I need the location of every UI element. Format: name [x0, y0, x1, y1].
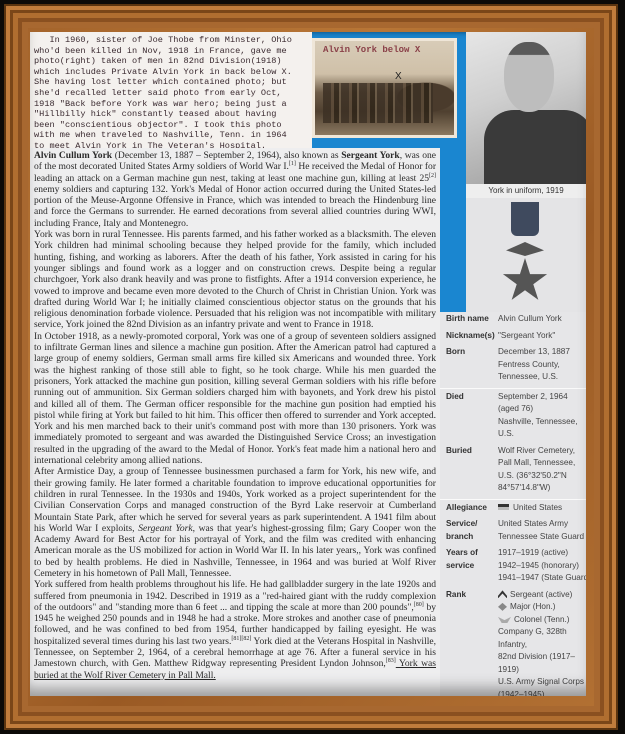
note-line: She having lost letter which contained p… [34, 77, 310, 88]
value-text: Major (Hon.) [510, 602, 556, 611]
infobox-values: December 13, 1887Fentress County,Tenness… [494, 346, 586, 384]
blue-mat: In 1960, sister of Joe Thobe from Minste… [30, 32, 586, 696]
sergeant-insignia-icon [498, 590, 507, 598]
note-line: she'd recalled letter said photo from ea… [34, 88, 310, 99]
infobox-label: Buried [446, 445, 494, 495]
infobox-label: Rank [446, 589, 494, 697]
portrait-caption: York in uniform, 1919 [466, 184, 586, 198]
value-text: "Sergeant York" [498, 331, 555, 340]
note-line: to meet Alvin York in The Veteran's Hosp… [34, 141, 310, 148]
infobox-row: DiedSeptember 2, 1964(aged 76)Nashville,… [440, 390, 586, 444]
note-line: who'd been killed in Nov, 1918 in France… [34, 46, 310, 57]
infobox-row: AllegianceUnited States [440, 501, 586, 518]
infobox-value: Colonel (Tenn.) [498, 614, 586, 627]
value-text: 1942–1945 (honorary) [498, 561, 579, 570]
article-text: Alvin Cullum York (December 13, 1887 – S… [30, 148, 440, 696]
x-mark-icon: X [395, 71, 402, 82]
portrait-photo [466, 32, 586, 184]
subject-name: Alvin Cullum York [34, 150, 112, 161]
infobox-value: September 2, 1964 [498, 391, 586, 404]
infobox-values: "Sergeant York" [494, 330, 586, 343]
infobox-value: United States Army [498, 518, 586, 531]
value-text: Fentress County, [498, 360, 560, 369]
infobox-label: Died [446, 391, 494, 441]
infobox-value: 1941–1947 (State Guard) [498, 572, 586, 585]
infobox-divider [440, 499, 586, 500]
value-text: Colonel (Tenn.) [514, 615, 570, 624]
infobox-value: Tennessee, U.S. [498, 371, 586, 384]
infobox-divider [440, 388, 586, 389]
major-insignia-icon [498, 603, 507, 611]
infobox-value: United States [498, 502, 586, 515]
typed-note: In 1960, sister of Joe Thobe from Minste… [30, 32, 312, 148]
infobox-value: 82nd Division (1917– [498, 651, 586, 664]
infobox-value: U.S. Army Signal Corps [498, 676, 586, 689]
portrait-uniform [484, 110, 586, 184]
infobox-value: December 13, 1887 [498, 346, 586, 359]
value-text: Tennessee State Guard [498, 532, 584, 541]
infobox-value: U.S. (36°32'50.2"N [498, 470, 586, 483]
citation-1[interactable]: [1] [289, 161, 296, 167]
infobox-row: Years of service1917–1919 (active)1942–1… [440, 546, 586, 588]
infobox-value: 1942–1945 (honorary) [498, 560, 586, 573]
value-text: (aged 76) [498, 404, 533, 413]
infobox-value: 1919) [498, 664, 586, 677]
text-run: (December 13, 1887 – September 2, 1964),… [112, 150, 341, 161]
medal-eagle-icon [506, 242, 544, 256]
infobox-value: "Sergeant York" [498, 330, 586, 343]
infobox-value: Alvin Cullum York [498, 313, 586, 326]
value-text: Wolf River Cemetery, [498, 446, 575, 455]
value-text: United States Army [498, 519, 568, 528]
value-text: United States [513, 503, 562, 512]
citation-80[interactable]: [80] [414, 602, 424, 608]
infobox-row: Service/ branchUnited States ArmyTenness… [440, 517, 586, 546]
note-line: photo(right) taken of men in 82nd Divisi… [34, 56, 310, 67]
value-text: Tennessee, U.S. [498, 372, 558, 381]
value-text: 82nd Division (1917– [498, 652, 575, 661]
infobox-value: Nashville, Tennessee, [498, 416, 586, 429]
medal-of-honor-image [466, 198, 586, 314]
infobox-value: Sergeant (active) [498, 589, 586, 602]
infobox-values: Wolf River Cemetery,Pall Mall, Tennessee… [494, 445, 586, 495]
infobox-value: Pall Mall, Tennessee, [498, 457, 586, 470]
medal-ribbon-icon [511, 202, 539, 236]
citation-83[interactable]: [83] [386, 658, 396, 664]
subject-alias: Sergeant York [341, 150, 400, 161]
infobox-label: Born [446, 346, 494, 384]
infobox-value: (aged 76) [498, 403, 586, 416]
infobox-label: Years of service [446, 547, 494, 585]
value-text: Alvin Cullum York [498, 314, 562, 323]
text-run: enemy soldiers and capturing 132. York's… [34, 184, 436, 229]
infobox-value: (1942–1945) [498, 689, 586, 697]
infobox-value: Tennessee State Guard [498, 531, 586, 544]
infobox-label: Nickname(s) [446, 330, 494, 343]
citation-81-82[interactable]: [81][82] [231, 636, 251, 642]
value-text: Pall Mall, Tennessee, [498, 458, 575, 467]
infobox-label: Service/ branch [446, 518, 494, 543]
group-photo-caption: Alvin York below X [323, 45, 420, 55]
value-text: December 13, 1887 [498, 347, 570, 356]
article-paragraph-3: In October 1918, as a newly-promoted cor… [34, 331, 436, 467]
infobox: Birth nameAlvin Cullum YorkNickname(s)"S… [440, 312, 586, 696]
note-line: 1918 "Back before York was war hero; bei… [34, 99, 310, 110]
value-text: U.S. Army Signal Corps [498, 677, 584, 686]
infobox-row: BornDecember 13, 1887Fentress County,Ten… [440, 345, 586, 387]
infobox-values: September 2, 1964(aged 76)Nashville, Ten… [494, 391, 586, 441]
value-text: Sergeant (active) [510, 590, 572, 599]
value-text: Nashville, Tennessee, [498, 417, 578, 426]
value-text: 84°57'14.8"W) [498, 483, 550, 492]
value-text: 1919) [498, 665, 519, 674]
infobox-value: 84°57'14.8"W) [498, 482, 586, 495]
medal-star-icon [502, 258, 548, 304]
infobox-value: Fentress County, [498, 359, 586, 372]
note-line: "Hillbilly hick" constantly teased about… [34, 109, 310, 120]
text-run: York suffered from health problems throu… [34, 579, 436, 613]
value-text: U.S. (36°32'50.2"N [498, 471, 567, 480]
colonel-insignia-icon [498, 615, 511, 623]
infobox-value: U.S. [498, 428, 586, 441]
infobox-value: Infantry, [498, 639, 586, 652]
infobox-values: Sergeant (active)Major (Hon.)Colonel (Te… [494, 589, 586, 697]
article-paragraph-2: York was born in rural Tennessee. His pa… [34, 229, 436, 331]
infobox-row: BuriedWolf River Cemetery,Pall Mall, Ten… [440, 444, 586, 498]
article-paragraph-5: York suffered from health problems throu… [34, 579, 436, 681]
infobox-row: Birth nameAlvin Cullum York [440, 312, 586, 329]
value-text: Company G, 328th [498, 627, 567, 636]
value-text: 1917–1919 (active) [498, 548, 568, 557]
film-title: Sergeant York [138, 523, 192, 534]
mat-gap [440, 148, 466, 338]
citation-2[interactable]: [2] [429, 172, 436, 178]
portrait-head [504, 42, 554, 112]
infobox-label: Birth name [446, 313, 494, 326]
group-photo-image: Alvin York below X X [315, 41, 454, 135]
infobox-values: Alvin Cullum York [494, 313, 586, 326]
infobox-values: United States [494, 502, 586, 515]
note-line: which includes Private Alvin York in bac… [34, 67, 310, 78]
value-text: (1942–1945) [498, 690, 544, 697]
infobox-label: Allegiance [446, 502, 494, 515]
infobox-row: Nickname(s)"Sergeant York" [440, 329, 586, 346]
value-text: 1941–1947 (State Guard) [498, 573, 586, 582]
article-paragraph-4: After Armistice Day, a group of Tennesse… [34, 466, 436, 579]
article-paragraph-1: Alvin Cullum York (December 13, 1887 – S… [34, 150, 436, 229]
group-photo: Alvin York below X X [312, 38, 457, 138]
value-text: Infantry, [498, 640, 527, 649]
infobox-row: RankSergeant (active)Major (Hon.)Colonel… [440, 588, 586, 697]
infobox-value: Major (Hon.) [498, 601, 586, 614]
infobox-values: 1917–1919 (active)1942–1945 (honorary)19… [494, 547, 586, 585]
note-line: In 1960, sister of Joe Thobe from Minste… [34, 35, 310, 46]
us-flag-icon [498, 504, 509, 510]
note-line: with me when traveled to Nashville, Tenn… [34, 130, 310, 141]
infobox-value: Company G, 328th [498, 626, 586, 639]
value-text: September 2, 1964 [498, 392, 568, 401]
infobox-value: Wolf River Cemetery, [498, 445, 586, 458]
note-line: been "conscientious objector". I took th… [34, 120, 310, 131]
infobox-values: United States ArmyTennessee State Guard [494, 518, 586, 543]
infobox-value: 1917–1919 (active) [498, 547, 586, 560]
soldiers-silhouette [323, 83, 433, 123]
value-text: U.S. [498, 429, 514, 438]
